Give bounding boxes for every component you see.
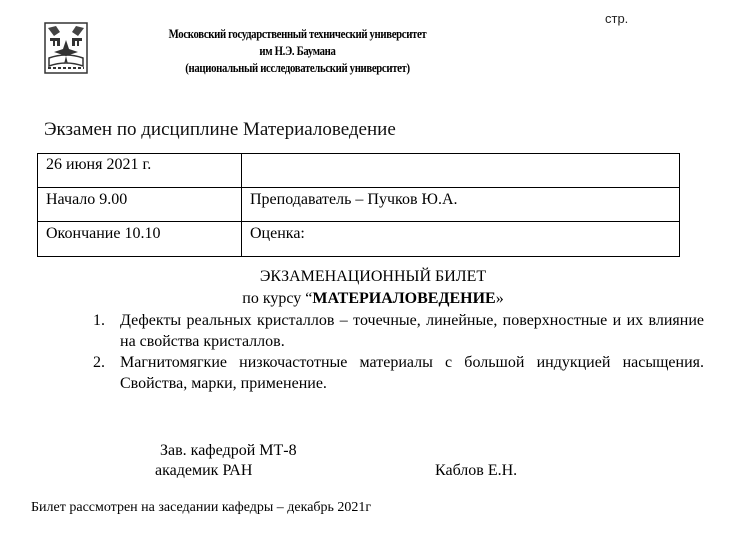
question-item: 1. Дефекты реальных кристаллов – точечны… <box>90 310 704 352</box>
question-list: 1. Дефекты реальных кристаллов – точечны… <box>90 310 704 394</box>
question-number: 1. <box>93 310 105 331</box>
course-prefix: по курсу “ <box>242 290 312 307</box>
teacher-cell: Преподаватель – Пучков Ю.А. <box>242 188 680 222</box>
empty-cell <box>242 154 680 188</box>
end-time-cell: Окончание 10.10 <box>38 222 242 257</box>
university-name-line1: Московский государственный технический у… <box>136 27 459 42</box>
start-time-cell: Начало 9.00 <box>38 188 242 222</box>
question-text: Магнитомягкие низкочастотные материалы с… <box>120 354 704 392</box>
signature-name: Каблов Е.Н. <box>435 462 517 480</box>
university-name-line2: им Н.Э. Баумана <box>136 44 459 59</box>
footer-note: Билет рассмотрен на заседании кафедры – … <box>31 500 371 516</box>
exam-title: Экзамен по дисциплине Материаловедение <box>44 119 396 141</box>
signature-position: Зав. кафедрой МТ-8 <box>160 442 297 460</box>
university-name-line3: (национальный исследовательский универси… <box>136 61 459 76</box>
course-name: МАТЕРИАЛОВЕДЕНИЕ <box>312 290 495 307</box>
exam-info-table: 26 июня 2021 г. Начало 9.00 Преподавател… <box>37 153 680 257</box>
table-row: Окончание 10.10 Оценка: <box>38 222 680 257</box>
course-line: по курсу “МАТЕРИАЛОВЕДЕНИЕ» <box>0 290 746 308</box>
table-row: 26 июня 2021 г. <box>38 154 680 188</box>
course-suffix: » <box>496 290 504 307</box>
signature-title: академик РАН <box>155 462 252 480</box>
grade-cell: Оценка: <box>242 222 680 257</box>
question-number: 2. <box>93 352 105 373</box>
ticket-title: ЭКЗАМЕНАЦИОННЫЙ БИЛЕТ <box>0 268 746 286</box>
question-text: Дефекты реальных кристаллов – точечные, … <box>120 312 704 350</box>
page-number-label: стр. <box>605 11 628 26</box>
mgtu-emblem-icon <box>44 22 88 74</box>
question-item: 2. Магнитомягкие низкочастотные материал… <box>90 352 704 394</box>
exam-date-cell: 26 июня 2021 г. <box>38 154 242 188</box>
table-row: Начало 9.00 Преподаватель – Пучков Ю.А. <box>38 188 680 222</box>
